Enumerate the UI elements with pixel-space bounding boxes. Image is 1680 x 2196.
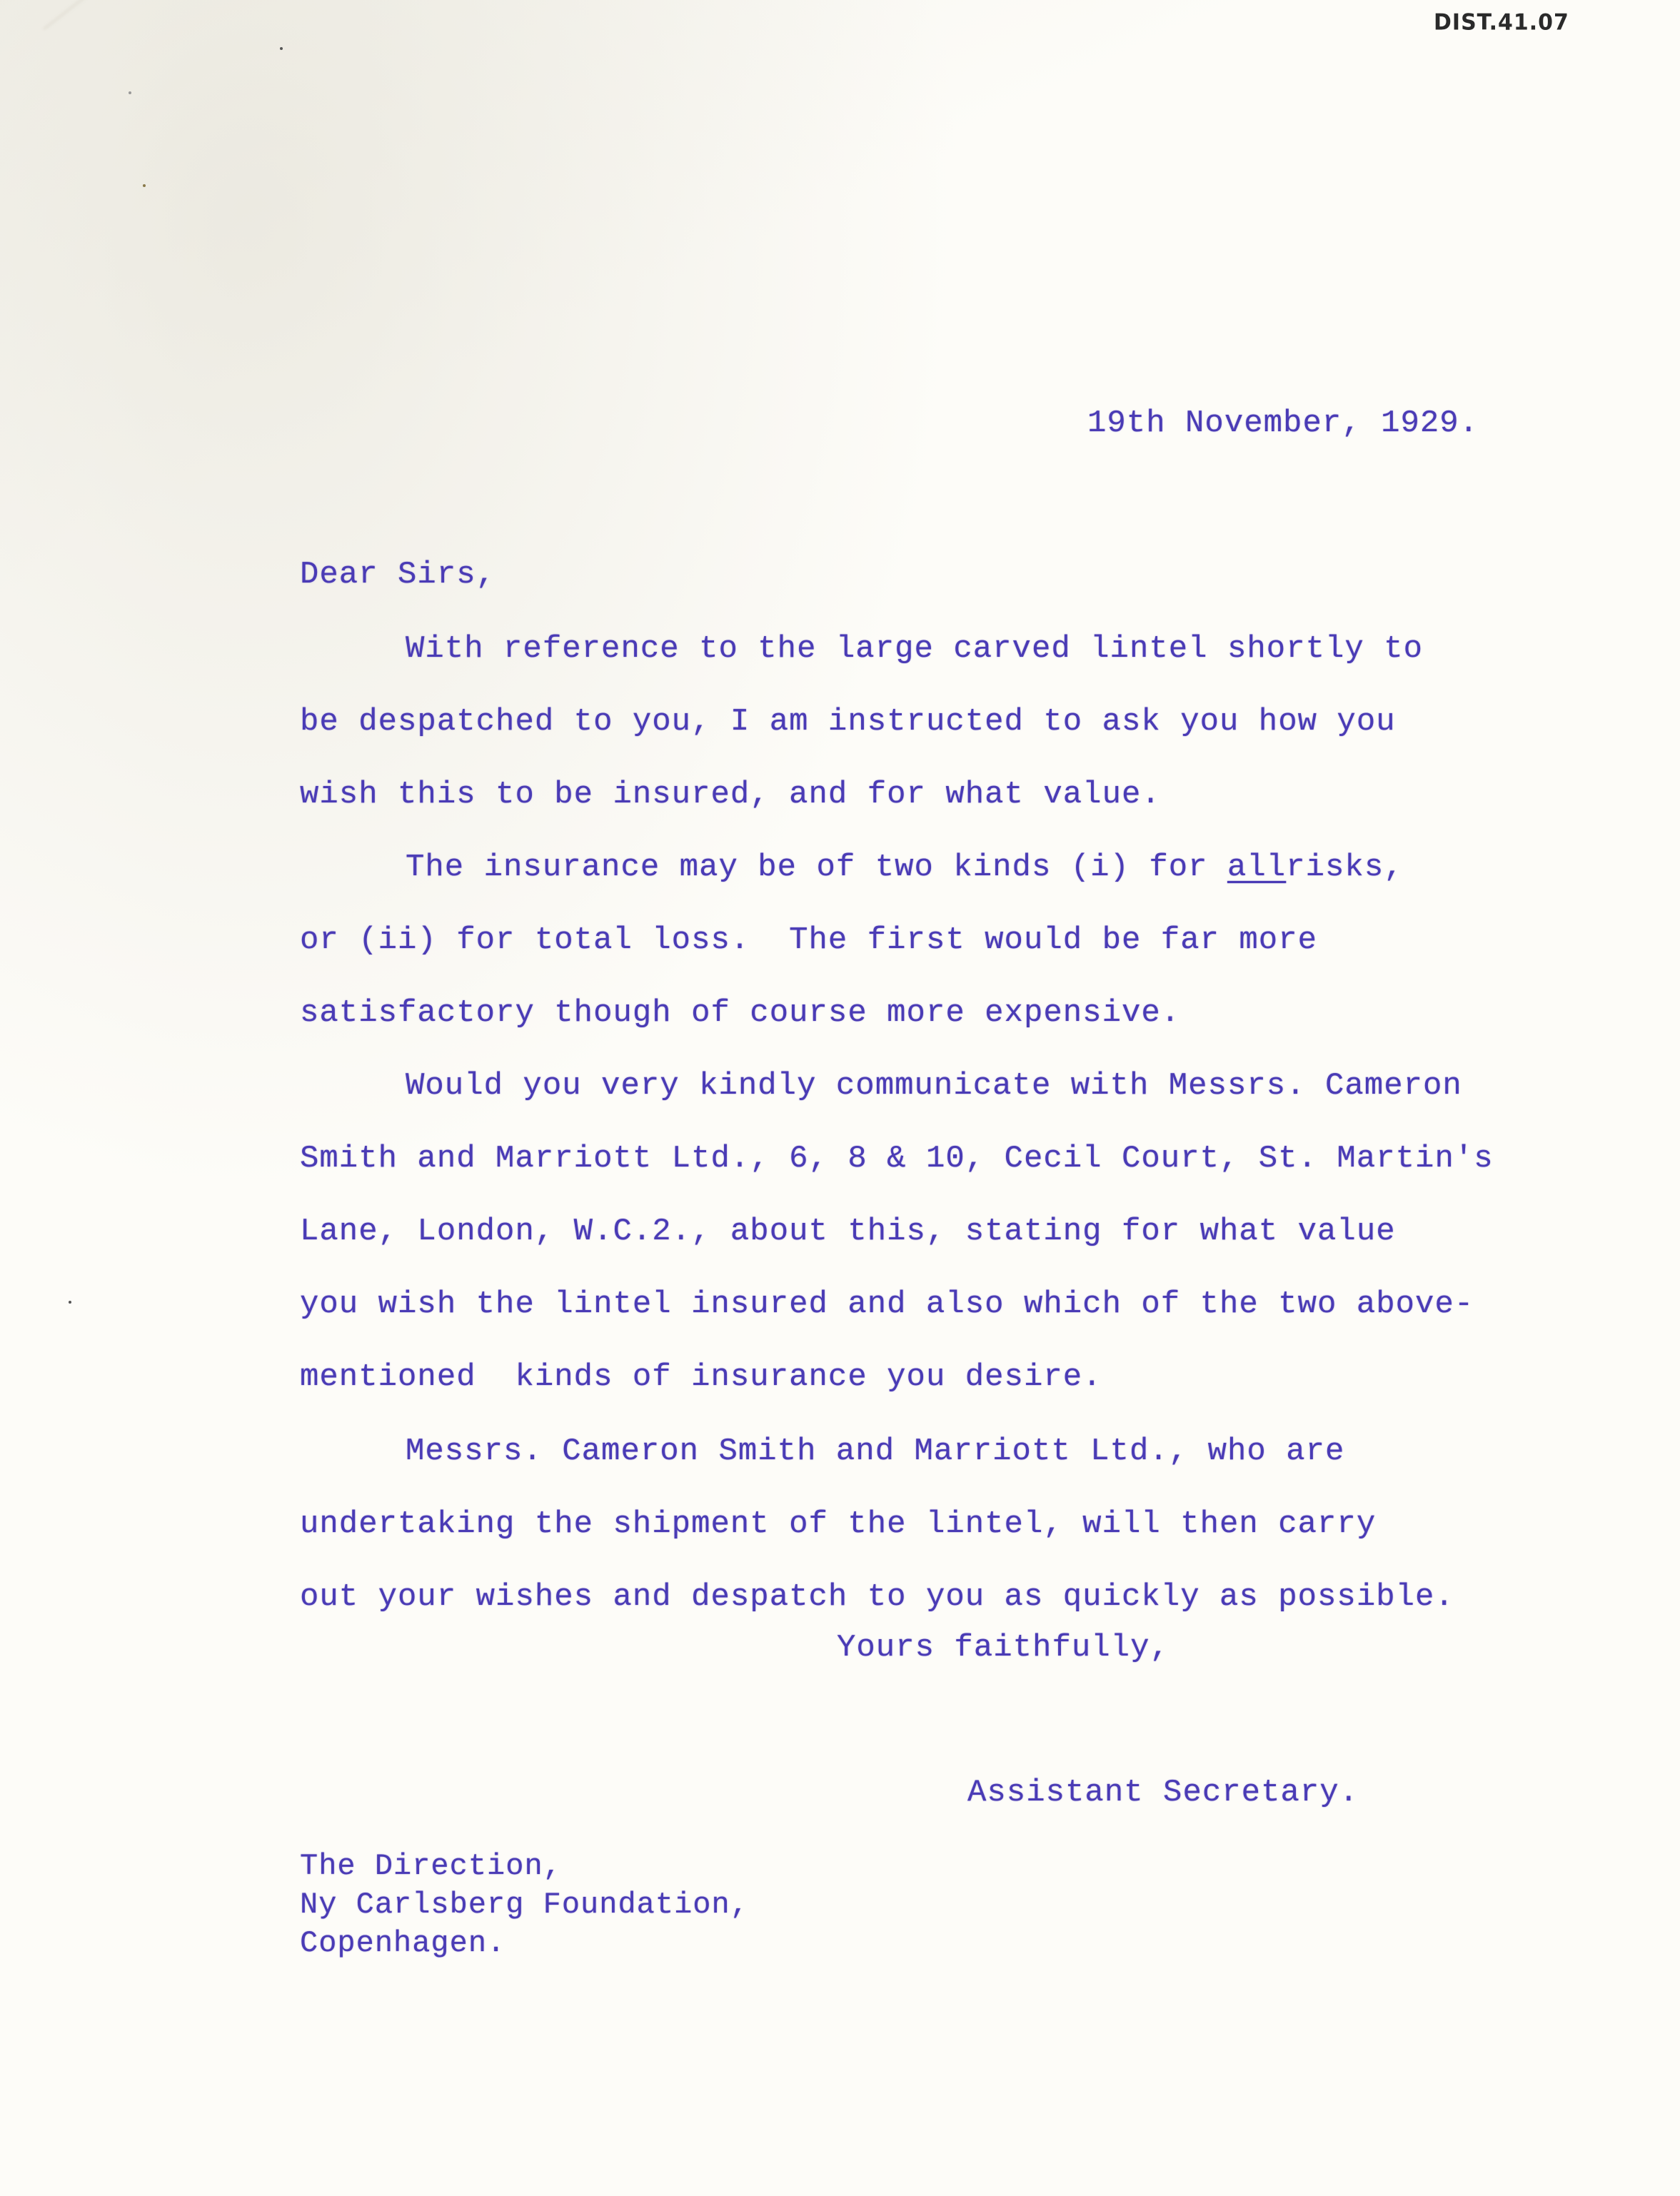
paragraph-3-line-4: you wish the lintel insured and also whi… <box>300 1286 1474 1322</box>
closing: Yours faithfully, <box>837 1630 1170 1666</box>
paragraph-2-line-1-after: risks, <box>1286 850 1403 885</box>
paragraph-4-line-3: out your wishes and despatch to you as q… <box>300 1579 1454 1615</box>
paragraph-2-line-3: satisfactory though of course more expen… <box>300 995 1180 1031</box>
salutation: Dear Sirs, <box>300 557 496 593</box>
paragraph-1-line-3: wish this to be insured, and for what va… <box>300 777 1161 812</box>
paper-speck <box>129 91 131 94</box>
paragraph-2-line-1-before: The insurance may be of two kinds (i) fo… <box>406 850 1227 885</box>
letter-page: DIST.41.07 19th November, 1929. Dear Sir… <box>0 0 1680 2196</box>
paragraph-4-line-2: undertaking the shipment of the lintel, … <box>300 1506 1376 1542</box>
paragraph-3-line-3: Lane, London, W.C.2., about this, statin… <box>300 1214 1396 1249</box>
recipient-line-3: Copenhagen. <box>300 1926 505 1960</box>
paper-crease <box>43 0 337 30</box>
recipient-line-2: Ny Carlsberg Foundation, <box>300 1888 749 1922</box>
paper-speck <box>280 47 283 50</box>
paragraph-1-line-1: With reference to the large carved linte… <box>300 631 1423 667</box>
paragraph-2-line-1: The insurance may be of two kinds (i) fo… <box>300 850 1404 885</box>
emphasis-underlined-word: all <box>1227 850 1286 885</box>
signature-title: Assistant Secretary. <box>967 1775 1359 1810</box>
paragraph-2-line-2: or (ii) for total loss. The first would … <box>300 922 1317 958</box>
paper-speck <box>143 184 146 187</box>
paragraph-4-line-1: Messrs. Cameron Smith and Marriott Ltd.,… <box>300 1434 1344 1469</box>
paragraph-3-line-1: Would you very kindly communicate with M… <box>300 1068 1462 1104</box>
paragraph-3-line-2: Smith and Marriott Ltd., 6, 8 & 10, Ceci… <box>300 1141 1494 1177</box>
archive-reference: DIST.41.07 <box>1434 9 1569 36</box>
paper-speck <box>69 1301 71 1304</box>
paragraph-3-line-5: mentioned kinds of insurance you desire. <box>300 1359 1102 1395</box>
paragraph-1-line-2: be despatched to you, I am instructed to… <box>300 704 1396 740</box>
recipient-line-1: The Direction, <box>300 1849 562 1883</box>
letter-date: 19th November, 1929. <box>1087 406 1479 441</box>
